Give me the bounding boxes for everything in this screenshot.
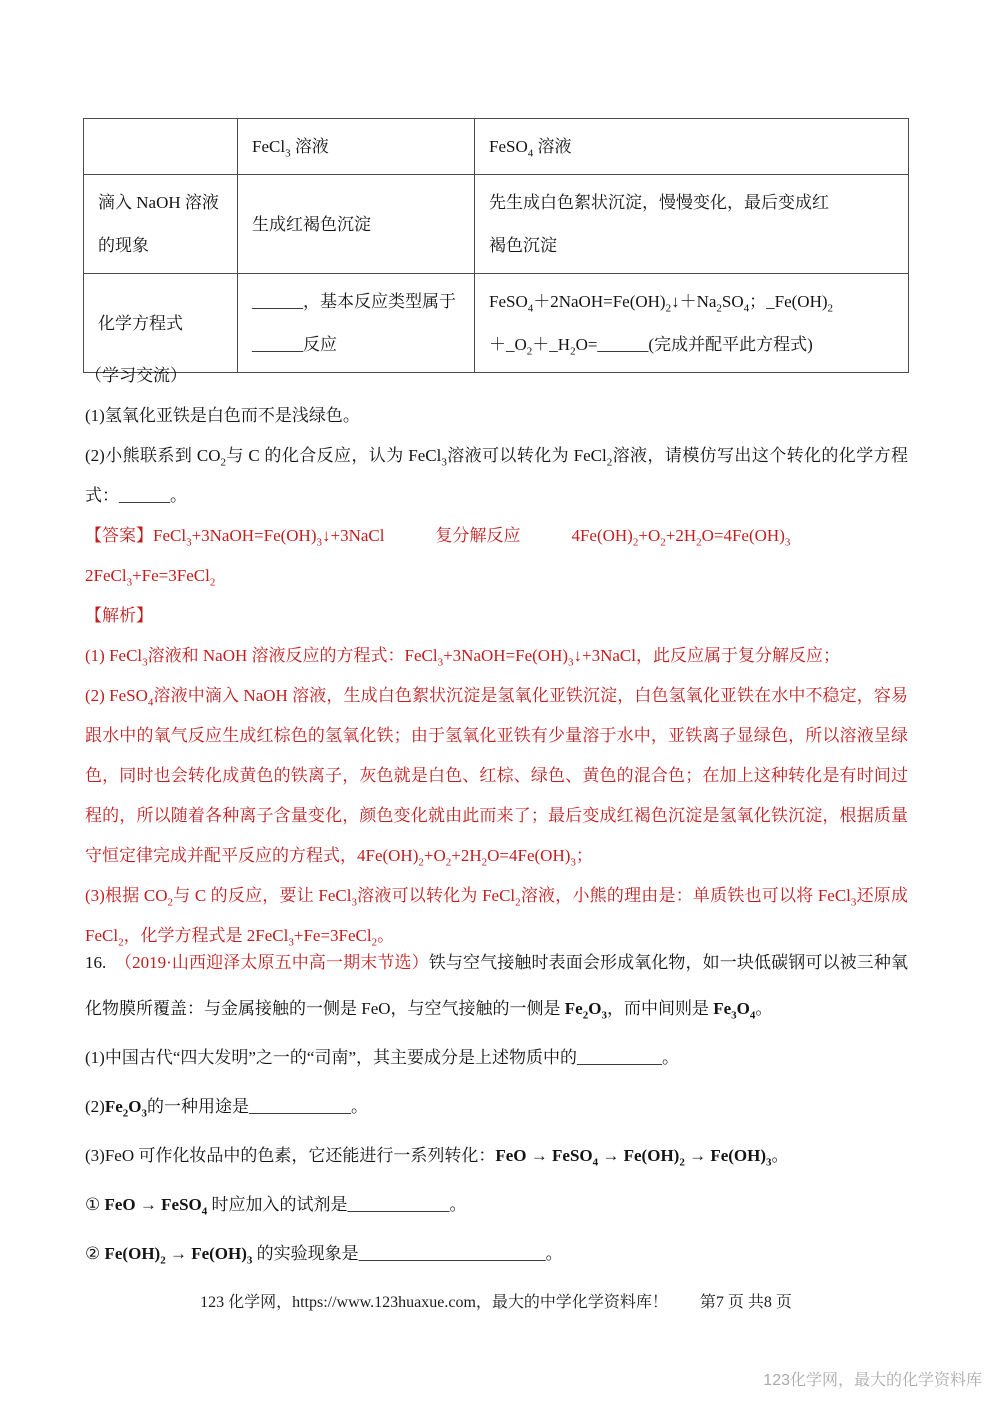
question-16-intro: 16. （2019·山西迎泽太原五中高一期末节选）铁与空气接触时表面会形成氧化物… — [85, 940, 908, 1032]
table-header-feso4: FeSO4 溶液 — [475, 119, 909, 175]
question-16-sub-2: (2)Fe2O3的一种用途是____________。 — [85, 1084, 908, 1130]
table-header-fecl3: FeCl3 溶液 — [238, 119, 475, 175]
question-16-sub-3-1: ① FeO → FeSO4 时应加入的试剂是____________。 — [85, 1182, 908, 1228]
table-row-phenomenon: 滴入 NaOH 溶液的现象 生成红褐色沉淀 先生成白色絮状沉淀，慢慢变化，最后变… — [84, 175, 909, 274]
question-16-section: 16. （2019·山西迎泽太原五中高一期末节选）铁与空气接触时表面会形成氧化物… — [85, 940, 908, 1280]
answer-label: 【答案】 — [85, 526, 153, 545]
answer-equations: FeCl3+3NaOH=Fe(OH)3↓+3NaCl 复分解反应 4Fe(OH)… — [153, 526, 790, 545]
page-footer: 123 化学网，https://www.123huaxue.com，最大的中学化… — [0, 1288, 992, 1318]
table-header-row: FeCl3 溶液 FeSO4 溶液 — [84, 119, 909, 175]
question-16-sub-3: (3)FeO 可作化妆品中的色素，它还能进行一系列转化：FeO → FeSO4 … — [85, 1133, 908, 1179]
discussion-section: （学习交流） (1)氢氧化亚铁是白色而不是浅绿色。 (2)小熊联系到 CO2与 … — [85, 356, 908, 956]
site-watermark: 123化学网，最大的化学资料库 — [763, 1368, 982, 1394]
row-label-phenomenon: 滴入 NaOH 溶液的现象 — [84, 175, 238, 274]
analysis-paragraph-2: (2) FeSO4溶液中滴入 NaOH 溶液，生成白色絮状沉淀是氢氧化亚铁沉淀，… — [85, 676, 908, 876]
question-16-sub-1: (1)中国古代“四大发明”之一的“司南”，其主要成分是上述物质中的_______… — [85, 1035, 908, 1081]
comparison-table: FeCl3 溶液 FeSO4 溶液 滴入 NaOH 溶液的现象 生成红褐色沉淀 … — [83, 118, 909, 373]
answer-line-2: 2FeCl3+Fe=3FeCl2 — [85, 556, 908, 596]
table-header-empty — [84, 119, 238, 175]
exchange-item-1: (1)氢氧化亚铁是白色而不是浅绿色。 — [85, 396, 908, 436]
analysis-paragraph-1: (1) FeCl3溶液和 NaOH 溶液反应的方程式：FeCl3+3NaOH=F… — [85, 636, 908, 676]
cell-phenomenon-fecl3: 生成红褐色沉淀 — [238, 175, 475, 274]
cell-phenomenon-feso4: 先生成白色絮状沉淀，慢慢变化，最后变成红褐色沉淀 — [475, 175, 909, 274]
answer-line-1: 【答案】FeCl3+3NaOH=Fe(OH)3↓+3NaCl 复分解反应 4Fe… — [85, 516, 908, 556]
question-16-sub-3-2: ② Fe(OH)2 → Fe(OH)3 的实验现象是______________… — [85, 1231, 908, 1277]
question-source-tag: （2019·山西迎泽太原五中高一期末节选） — [124, 953, 429, 972]
exchange-title: （学习交流） — [85, 356, 908, 396]
analysis-label: 【解析】 — [85, 596, 908, 636]
exchange-item-2: (2)小熊联系到 CO2与 C 的化合反应，认为 FeCl3溶液可以转化为 Fe… — [85, 436, 908, 516]
question-number: 16. — [85, 953, 124, 972]
